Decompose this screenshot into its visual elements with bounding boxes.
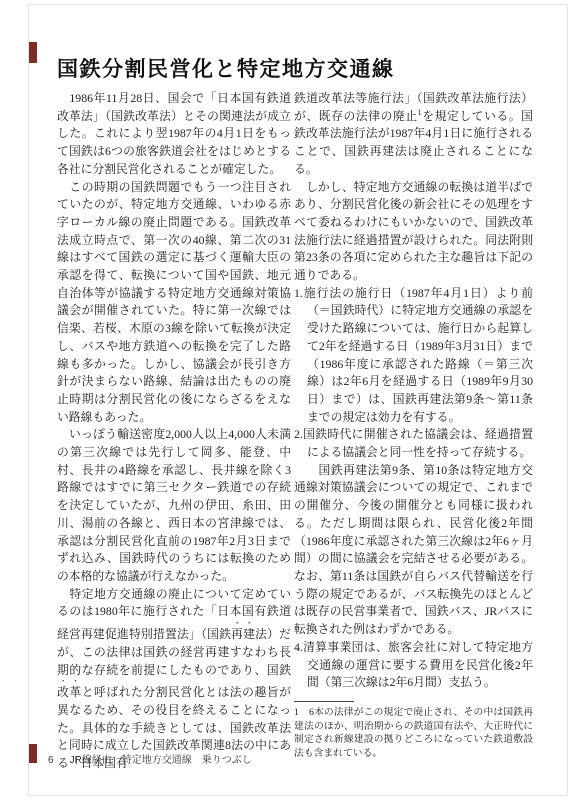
running-title: JR線経由 特定地方交通線 乗りつぶし: [70, 751, 252, 766]
page-number: 6: [48, 755, 54, 766]
numbered-item: 1.施行法の施行日（1987年4月1日）より前（＝国鉄時代）に特定地方交通線の承…: [294, 285, 533, 427]
chapter-tab-top: [29, 42, 37, 63]
footnote-rule: [294, 701, 354, 702]
chapter-tab-bottom: [29, 744, 37, 763]
paragraph: 特定地方交通線の廃止について定めているのは1980年に施行された「日本国有鉄道経…: [57, 586, 291, 773]
numbered-item: 4.清算事業団は、旅客会社に対して特定地方交通線の運営に要する費用を民営化後2年…: [294, 639, 533, 692]
paragraph: しかし、特定地方交通線の転換は道半ばであり、分割民営化後の新会社にその処理をすべ…: [294, 179, 533, 285]
numbered-item-note: 国鉄再建法第9条、第10条は特定地方交通線対策協議会についての規定で、これまでの…: [294, 462, 533, 639]
numbered-item: 2.国鉄時代に開催された協議会は、経過措置による協議会と同一性を持って存続する。: [294, 426, 533, 461]
footnote-text: 1 6本の法律がこの規定で廃止され、その中は国鉄再建法のほか、明治期からの鉄道国…: [294, 706, 533, 760]
paragraph: 1986年11月28日、国会で「日本国有鉄道改革法」（国鉄改革法）とその関連法が…: [57, 90, 291, 179]
paragraph: いっぽう輸送密度2,000人以上4,000人未満の第三次線では先行して岡多、能登…: [57, 426, 291, 585]
paragraph: 鉄道改革法等施行法」（国鉄改革法施行法）が、既存の法律の廃止1を規定している。国…: [294, 90, 533, 179]
page-footer: 6 JR線経由 特定地方交通線 乗りつぶし: [48, 751, 252, 766]
column-left: 1986年11月28日、国会で「日本国有鉄道改革法」（国鉄改革法）とその関連法が…: [57, 90, 291, 773]
paragraph: この時期の国鉄問題でもう一つ注目されていたのが、特定地方交通線、いわゆる赤字ロー…: [57, 179, 291, 427]
emphasized-text: 改革: [57, 685, 82, 699]
footnote: 1 6本の法律がこの規定で廃止され、その中は国鉄再建法のほか、明治期からの鉄道国…: [294, 701, 533, 760]
emphasized-text: 再建: [231, 627, 255, 641]
page: 国鉄分割民営化と特定地方交通線 1986年11月28日、国会で「日本国有鉄道改革…: [0, 0, 573, 800]
column-right: 鉄道改革法等施行法」（国鉄改革法施行法）が、既存の法律の廃止1を規定している。国…: [294, 90, 533, 760]
page-title: 国鉄分割民営化と特定地方交通線: [57, 57, 395, 82]
